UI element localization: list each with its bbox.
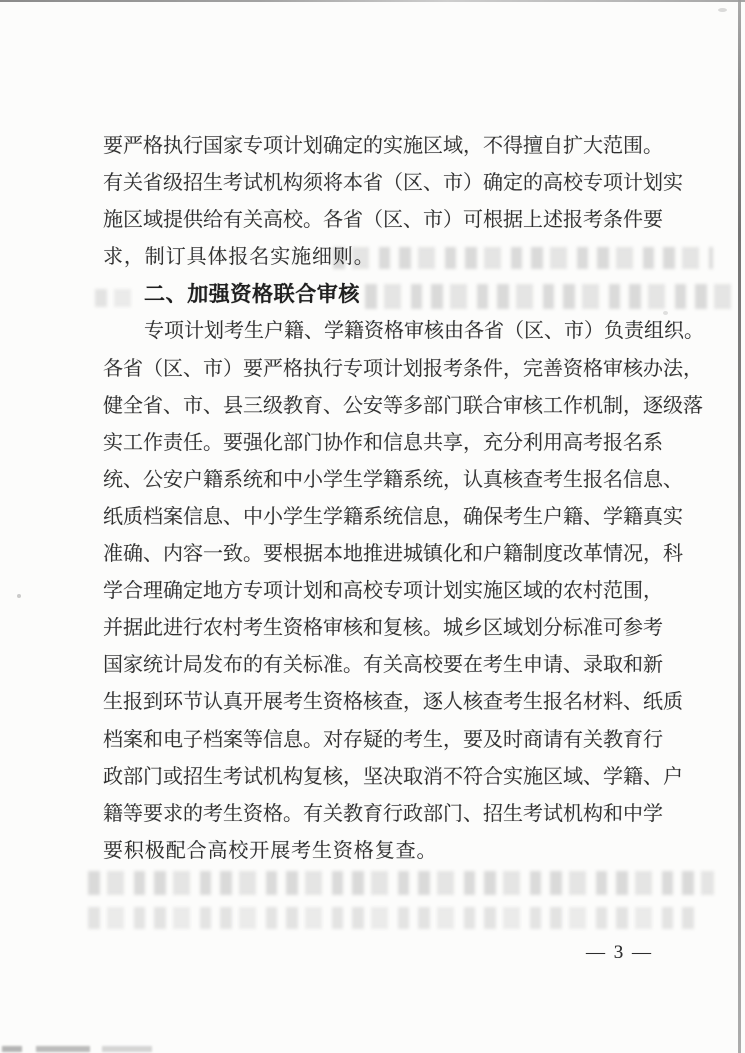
text-line: 学合理确定地方专项计划和高校专项计划实施区域的农村范围， [103, 573, 663, 610]
text-line: 准确、内容一致。要根据本地推进城镇化和户籍制度改革情况，科 [103, 536, 663, 573]
bleedthrough-artifact [88, 907, 696, 929]
scan-speck [17, 594, 21, 598]
text-line: 求，制订具体报名实施细则。 [103, 239, 663, 276]
page-number: — 3 — [586, 942, 653, 964]
text-line: 纸质档案信息、中小学生学籍系统信息，确保考生户籍、学籍真实 [103, 499, 663, 536]
scan-bottom-edge-smudge [2, 1046, 247, 1052]
text-line: 健全省、市、县三级教育、公安等多部门联合审核工作机制，逐级落 [103, 388, 663, 425]
document-body: 要严格执行国家专项计划确定的实施区域，不得擅自扩大范围。 有关省级招生考试机构须… [103, 128, 663, 870]
section-heading: 二、加强资格联合审核 [103, 276, 663, 313]
text-line: 统、公安户籍系统和中小学生学籍系统，认真核查考生报名信息、 [103, 462, 663, 499]
scanned-document-page: { "document": { "para1_lines": [ "要严格执行国… [0, 0, 745, 1053]
text-line: 政部门或招生考试机构复核，坚决取消不符合实施区域、学籍、户 [103, 759, 663, 796]
text-line: 实工作责任。要强化部门协作和信息共享，充分利用高考报名系 [103, 425, 663, 462]
text-line: 并据此进行农村考生资格审核和复核。城乡区域划分标准可参考 [103, 610, 663, 647]
text-line: 施区域提供给有关高校。各省（区、市）可根据上述报考条件要 [103, 202, 663, 239]
text-line: 要积极配合高校开展考生资格复查。 [103, 833, 663, 870]
text-line: 要严格执行国家专项计划确定的实施区域，不得擅自扩大范围。 [103, 128, 663, 165]
text-line: 档案和电子档案等信息。对存疑的考生，要及时商请有关教育行 [103, 722, 663, 759]
bleedthrough-artifact [88, 871, 714, 895]
text-line: 籍等要求的考生资格。有关教育行政部门、招生考试机构和中学 [103, 796, 663, 833]
scan-speck [718, 8, 727, 12]
scan-right-edge-line [738, 0, 741, 1053]
text-line: 生报到环节认真开展考生资格核查，逐人核查考生报名材料、纸质 [103, 684, 663, 721]
scan-top-edge-line [0, 0, 745, 2]
text-line: 有关省级招生考试机构须将本省（区、市）确定的高校专项计划实 [103, 165, 663, 202]
text-line: 国家统计局发布的有关标准。有关高校要在考生申请、录取和新 [103, 647, 663, 684]
text-line: 各省（区、市）要严格执行专项计划报考条件，完善资格审核办法， [103, 351, 663, 388]
text-line: 专项计划考生户籍、学籍资格审核由各省（区、市）负责组织。 [103, 313, 663, 350]
